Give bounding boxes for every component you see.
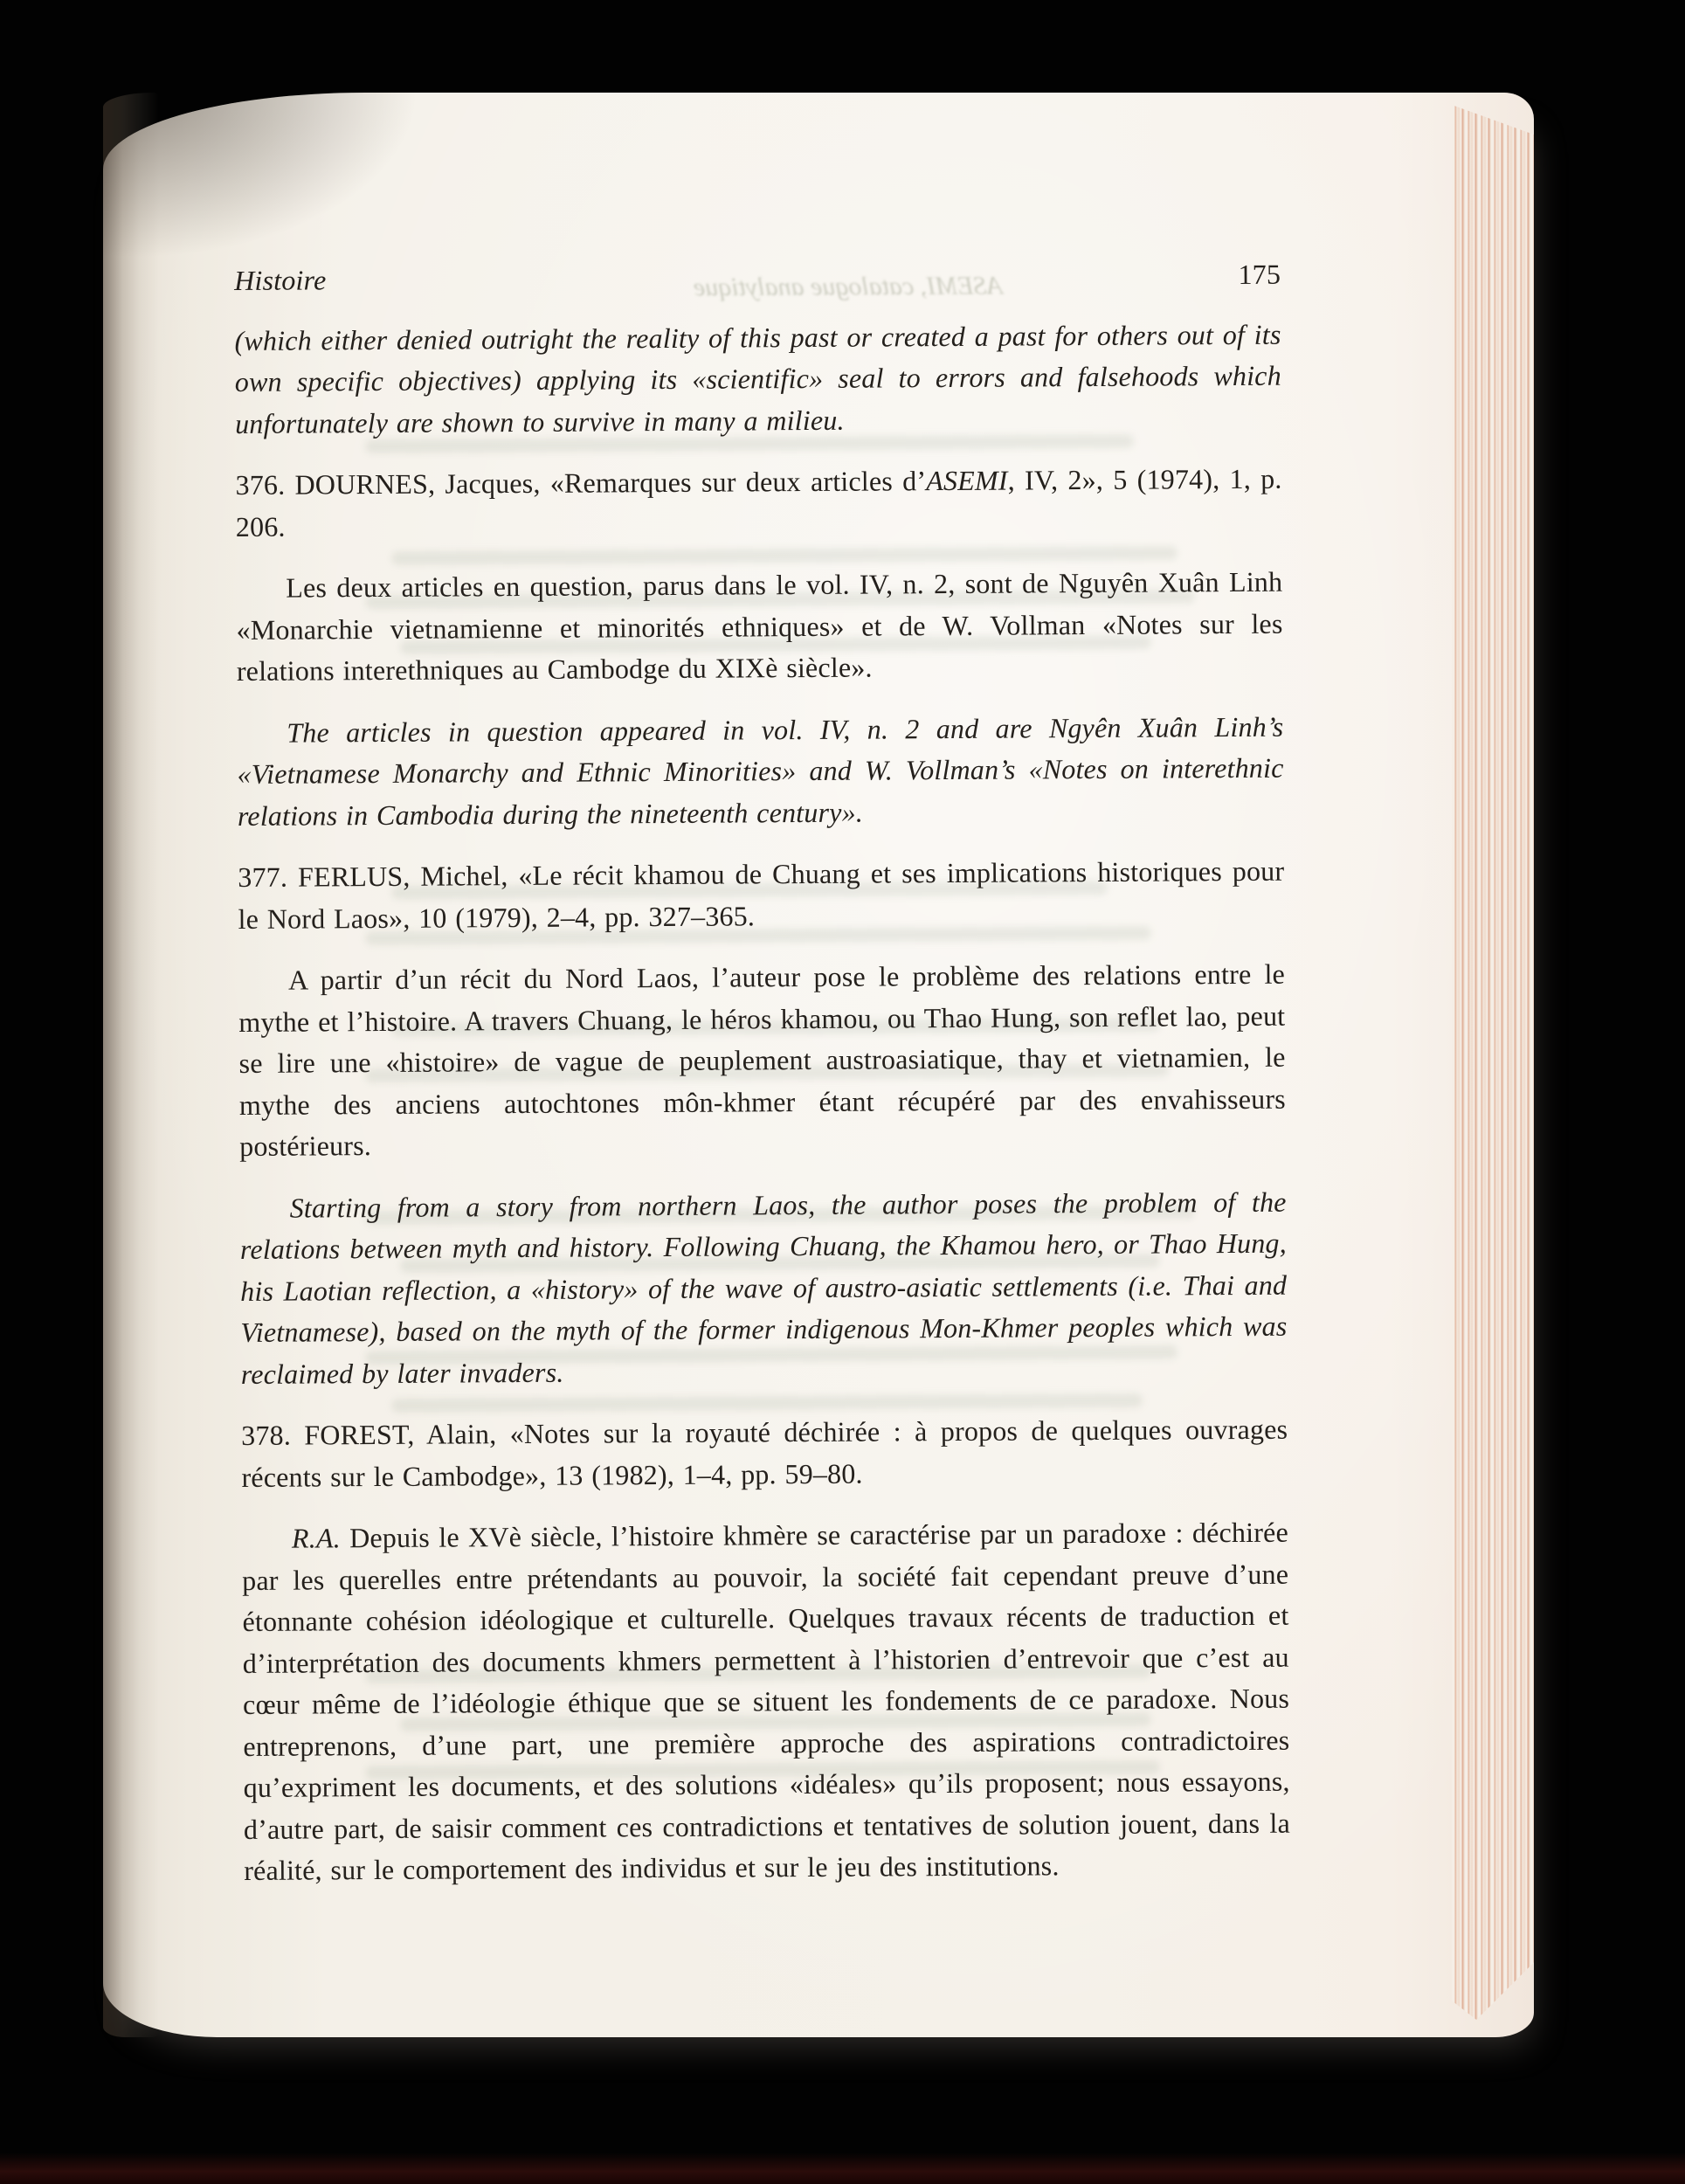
- page-number: 175: [1238, 254, 1281, 296]
- note-377-french: A partir d’un récit du Nord Laos, l’aute…: [238, 954, 1286, 1168]
- note-376-english: The articles in question appeared in vol…: [237, 706, 1284, 837]
- entry-377: 377. FERLUS, Michel, «Le récit khamou de…: [238, 851, 1285, 940]
- entry-378: 378. FOREST, Alain, «Notes sur la royaut…: [241, 1409, 1288, 1498]
- paragraph-continuation: (which either denied outright the realit…: [234, 314, 1281, 445]
- book-page: ASEMI, catalogue analytique Histoire 175…: [103, 93, 1534, 2037]
- note-377-english: Starting from a story from northern Laos…: [239, 1181, 1287, 1395]
- book-fore-edge-pages: [1452, 105, 1534, 2020]
- entry-376: 376. DOURNES, Jacques, «Remarques sur de…: [235, 459, 1282, 548]
- section-title: Histoire: [234, 259, 327, 301]
- page-text: Histoire 175 (which either denied outrig…: [234, 254, 1290, 1892]
- running-header: Histoire 175: [234, 254, 1281, 302]
- note-378-french: R.A. Depuis le XVè siècle, l’histoire kh…: [242, 1512, 1291, 1892]
- page-gutter-shadow: [103, 93, 159, 2037]
- scan-bottom-tint: [0, 2153, 1685, 2184]
- note-376-french: Les deux articles en question, parus dan…: [236, 562, 1283, 693]
